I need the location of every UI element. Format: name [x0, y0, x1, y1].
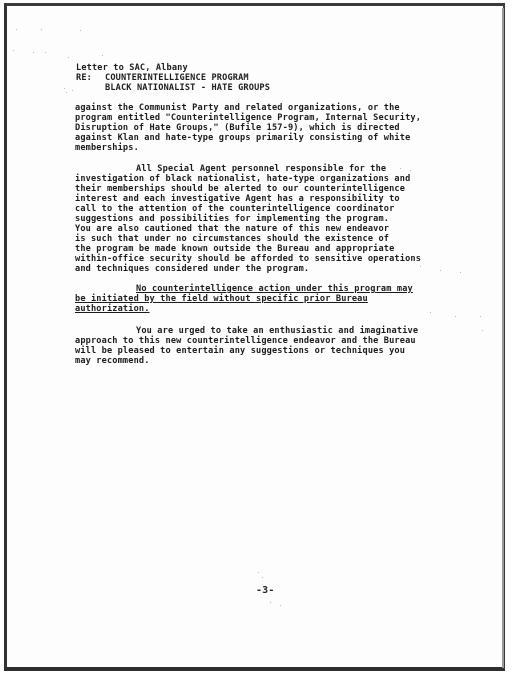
document-page: Letter to SAC, Albany RE: COUNTERINTELLI…	[0, 0, 512, 679]
paragraph-2-line: the program be made known outside the Bu…	[75, 244, 394, 254]
subject-line-1: COUNTERINTELLIGENCE PROGRAM	[105, 73, 249, 83]
salutation: Letter to SAC, Albany	[76, 63, 188, 73]
paragraph-2-line: interest and each investigative Agent ha…	[75, 194, 400, 204]
paragraph-2-line: investigation of black nationalist, hate…	[75, 174, 410, 184]
paragraph-2-line: You are also cautioned that the nature o…	[75, 224, 389, 234]
paragraph-4-line: approach to this new counterintelligence…	[75, 336, 416, 346]
paragraph-2-line: All Special Agent personnel responsible …	[136, 164, 386, 174]
paragraph-2-line: call to the attention of the counterinte…	[75, 204, 394, 214]
paragraph-2-line: their memberships should be alerted to o…	[75, 184, 405, 194]
subject-line-2: BLACK NATIONALIST - HATE GROUPS	[105, 83, 270, 93]
paragraph-4-line: will be pleased to entertain any suggest…	[75, 346, 405, 356]
paragraph-4-line: may recommend.	[75, 356, 150, 366]
paragraph-1-line: against Klan and hate-type groups primar…	[75, 133, 410, 143]
paragraph-1-line: Disruption of Hate Groups," (Bufile 157-…	[75, 123, 400, 133]
paragraph-2-line: suggestions and possibilities for implem…	[75, 214, 389, 224]
paragraph-3-line: No counterintelligence action under this…	[136, 284, 413, 294]
paragraph-3-line: be initiated by the field without specif…	[75, 294, 368, 304]
paragraph-1-line: against the Communist Party and related …	[75, 103, 400, 113]
paragraph-2-line: is such that under no circumstances shou…	[75, 234, 389, 244]
paragraph-3-line: authorization.	[75, 304, 150, 314]
paragraph-1-line: program entitled "Counterintelligence Pr…	[75, 113, 421, 123]
page-number: -3-	[256, 586, 275, 596]
paragraph-1-line: memberships.	[75, 143, 139, 153]
paragraph-2-line: within-office security should be afforde…	[75, 254, 421, 264]
paragraph-2-line: and techniques considered under the prog…	[75, 264, 309, 274]
paragraph-4-line: You are urged to take an enthusiastic an…	[136, 326, 418, 336]
re-label: RE:	[76, 73, 92, 83]
